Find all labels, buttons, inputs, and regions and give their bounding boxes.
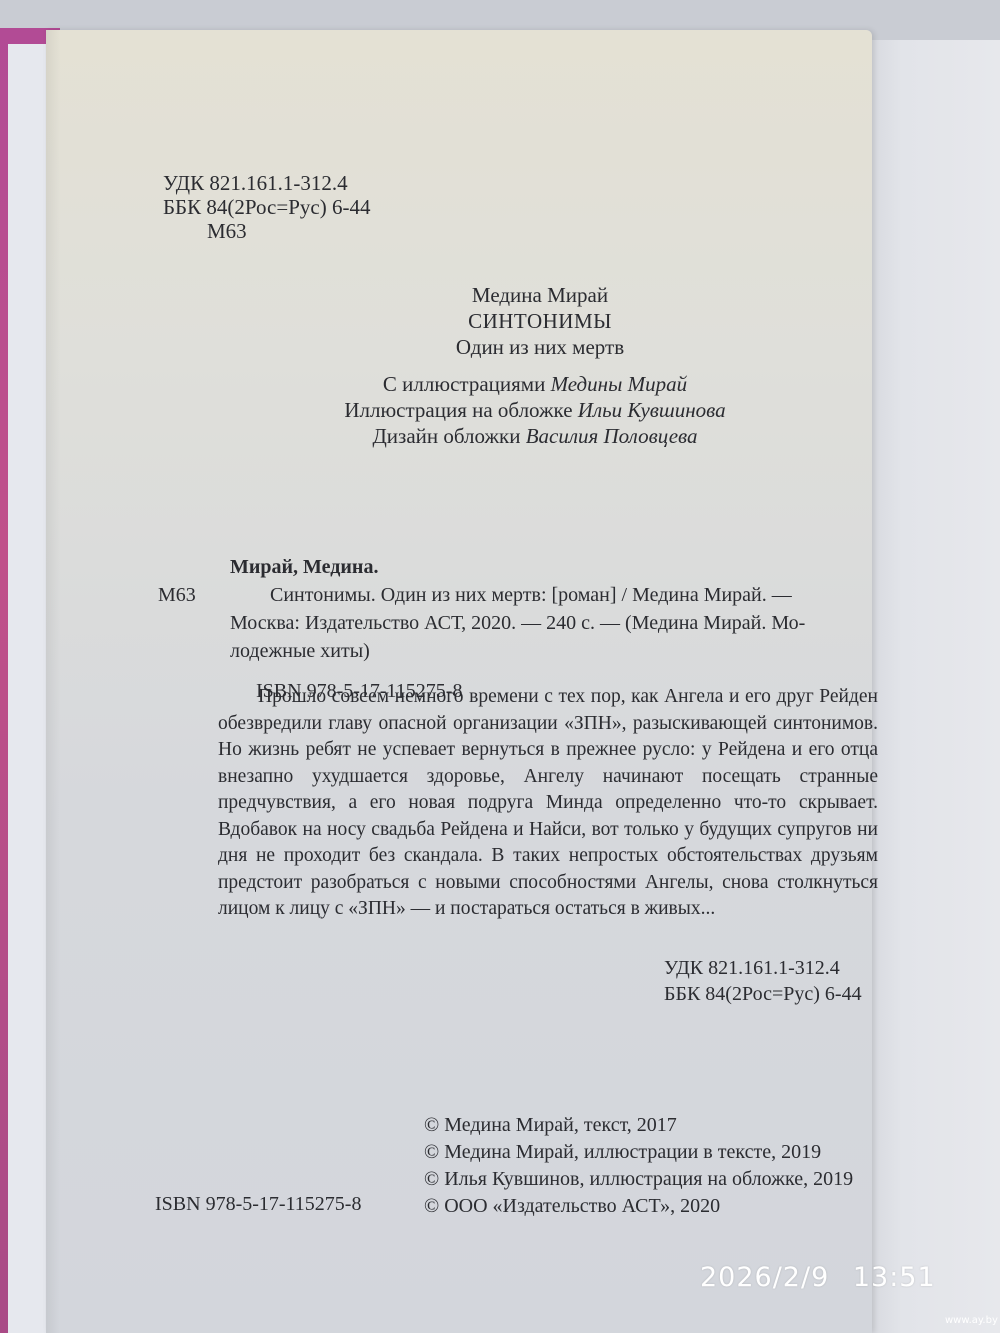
udk-code: УДК 821.161.1-312.4 <box>163 171 370 195</box>
credit-person: Медины Мирай <box>551 372 688 396</box>
bbk-code: ББК 84(2Рос=Рус) 6-44 <box>163 195 370 219</box>
record-line-1: Синтонимы. Один из них мертв: [роман] / … <box>230 581 878 609</box>
author-mark: М63 <box>163 219 370 243</box>
annotation: Прошло совсем немного времени с тех пор,… <box>218 684 878 923</box>
watermark: www.ay.by <box>945 1315 998 1326</box>
photo-timestamp: 2026/2/9 13:51 <box>700 1262 936 1293</box>
annotation-text: Прошло совсем немного времени с тех пор,… <box>218 684 878 923</box>
credit-cover-design: Дизайн обложки Василия Половцева <box>270 423 800 449</box>
credit-cover-illustration: Иллюстрация на обложке Ильи Кувшинова <box>270 397 800 423</box>
book-title: СИНТОНИМЫ <box>280 308 800 334</box>
copyright-line: © ООО «Издательство АСТ», 2020 <box>424 1193 853 1220</box>
udk-code: УДК 821.161.1-312.4 <box>664 955 862 981</box>
copyright-line: © Илья Кувшинов, иллюстрация на обложке,… <box>424 1166 853 1193</box>
facing-page <box>860 40 1000 1333</box>
book-author: Медина Мирай <box>280 282 800 308</box>
copyright-line: © Медина Мирай, иллюстрации в тексте, 20… <box>424 1139 853 1166</box>
bbk-code: ББК 84(2Рос=Рус) 6-44 <box>664 981 862 1007</box>
record-author-heading: Мирай, Медина. <box>230 553 878 581</box>
classification-top: УДК 821.161.1-312.4 ББК 84(2Рос=Рус) 6-4… <box>163 171 370 243</box>
credit-role: Иллюстрация на обложке <box>344 398 577 422</box>
credit-illustrations: С иллюстрациями Медины Мирай <box>270 371 800 397</box>
classification-bottom: УДК 821.161.1-312.4 ББК 84(2Рос=Рус) 6-4… <box>664 955 862 1007</box>
copyright-line: © Медина Мирай, текст, 2017 <box>424 1112 853 1139</box>
copyright-notices: © Медина Мирай, текст, 2017 © Медина Мир… <box>424 1112 853 1220</box>
record-line-2: Москва: Издательство АСТ, 2020. — 240 с.… <box>230 609 878 637</box>
credit-person: Ильи Кувшинова <box>578 398 726 422</box>
bibliographic-record: Мирай, Медина. М63 Синтонимы. Один из ни… <box>158 553 878 705</box>
record-author-mark: М63 <box>158 581 230 609</box>
book-subtitle: Один из них мертв <box>280 334 800 360</box>
title-block: Медина Мирай СИНТОНИМЫ Один из них мертв <box>280 282 800 360</box>
credit-role: С иллюстрациями <box>383 372 551 396</box>
credit-role: Дизайн обложки <box>372 424 525 448</box>
credit-person: Василия Половцева <box>526 424 698 448</box>
isbn-bottom: ISBN 978-5-17-115275-8 <box>155 1193 361 1216</box>
credits: С иллюстрациями Медины Мирай Иллюстрация… <box>270 371 800 449</box>
record-line-3: лодежные хиты) <box>230 637 878 665</box>
